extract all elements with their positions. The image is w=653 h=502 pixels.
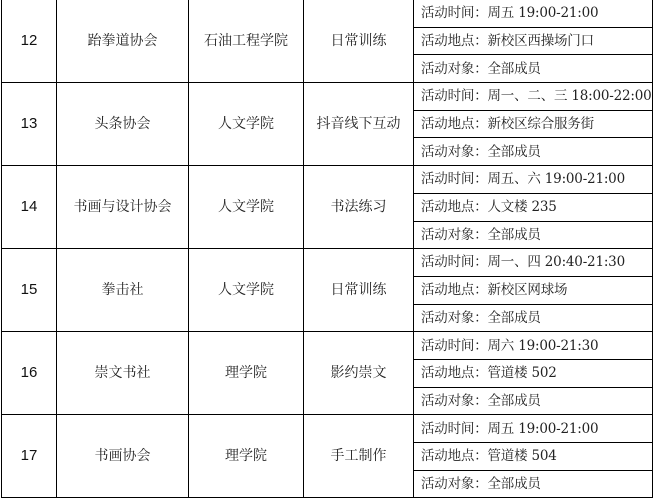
activity-target: 活动对象：全部成员 (414, 387, 653, 415)
table-row: 17 书画协会 理学院 手工制作 活动时间：周五 19:00-21:00 (2, 415, 653, 443)
table-row: 14 书画与设计协会 人文学院 书法练习 活动时间：周五、六 19:00-21:… (2, 166, 653, 194)
activity-name: 手工制作 (304, 415, 414, 498)
college-name: 理学院 (189, 332, 304, 415)
activity-target: 活动对象：全部成员 (414, 55, 653, 83)
row-number: 14 (2, 166, 57, 249)
activity-place: 活动地点：新校区西操场门口 (414, 27, 653, 55)
college-name: 理学院 (189, 415, 304, 498)
college-name: 人文学院 (189, 249, 304, 332)
table-row: 12 跆拳道协会 石油工程学院 日常训练 活动时间：周五 19:00-21:00 (2, 0, 653, 27)
row-number: 15 (2, 249, 57, 332)
activity-name: 书法练习 (304, 166, 414, 249)
activity-place: 活动地点：新校区网球场 (414, 276, 653, 304)
club-name: 跆拳道协会 (57, 0, 189, 83)
activity-place: 活动地点：新校区综合服务街 (414, 110, 653, 138)
activity-time: 活动时间：周一、四 20:40-21:30 (414, 249, 653, 277)
table-row: 15 拳击社 人文学院 日常训练 活动时间：周一、四 20:40-21:30 (2, 249, 653, 277)
row-number: 17 (2, 415, 57, 498)
activity-place: 活动地点：人文楼 235 (414, 193, 653, 221)
activity-time: 活动时间：周五、六 19:00-21:00 (414, 166, 653, 194)
activity-name: 抖音线下互动 (304, 83, 414, 166)
activity-target: 活动对象：全部成员 (414, 138, 653, 166)
club-name: 书画协会 (57, 415, 189, 498)
activity-name: 日常训练 (304, 0, 414, 83)
college-name: 人文学院 (189, 166, 304, 249)
row-number: 13 (2, 83, 57, 166)
club-activity-table: 12 跆拳道协会 石油工程学院 日常训练 活动时间：周五 19:00-21:00… (1, 0, 653, 498)
row-number: 12 (2, 0, 57, 83)
activity-time: 活动时间：周五 19:00-21:00 (414, 415, 653, 443)
activity-target: 活动对象：全部成员 (414, 221, 653, 249)
table-row: 13 头条协会 人文学院 抖音线下互动 活动时间：周一、二、三 18:00-22… (2, 83, 653, 111)
club-name: 拳击社 (57, 249, 189, 332)
club-name: 书画与设计协会 (57, 166, 189, 249)
activity-name: 日常训练 (304, 249, 414, 332)
club-name: 崇文书社 (57, 332, 189, 415)
college-name: 石油工程学院 (189, 0, 304, 83)
activity-place: 活动地点：管道楼 504 (414, 443, 653, 471)
club-name: 头条协会 (57, 83, 189, 166)
activity-target: 活动对象：全部成员 (414, 470, 653, 498)
college-name: 人文学院 (189, 83, 304, 166)
row-number: 16 (2, 332, 57, 415)
table-row: 16 崇文书社 理学院 影约崇文 活动时间：周六 19:00-21:30 (2, 332, 653, 360)
activity-time: 活动时间：周一、二、三 18:00-22:00 (414, 83, 653, 111)
activity-name: 影约崇文 (304, 332, 414, 415)
activity-time: 活动时间：周五 19:00-21:00 (414, 0, 653, 27)
activity-place: 活动地点：管道楼 502 (414, 359, 653, 387)
activity-target: 活动对象：全部成员 (414, 304, 653, 332)
activity-time: 活动时间：周六 19:00-21:30 (414, 332, 653, 360)
